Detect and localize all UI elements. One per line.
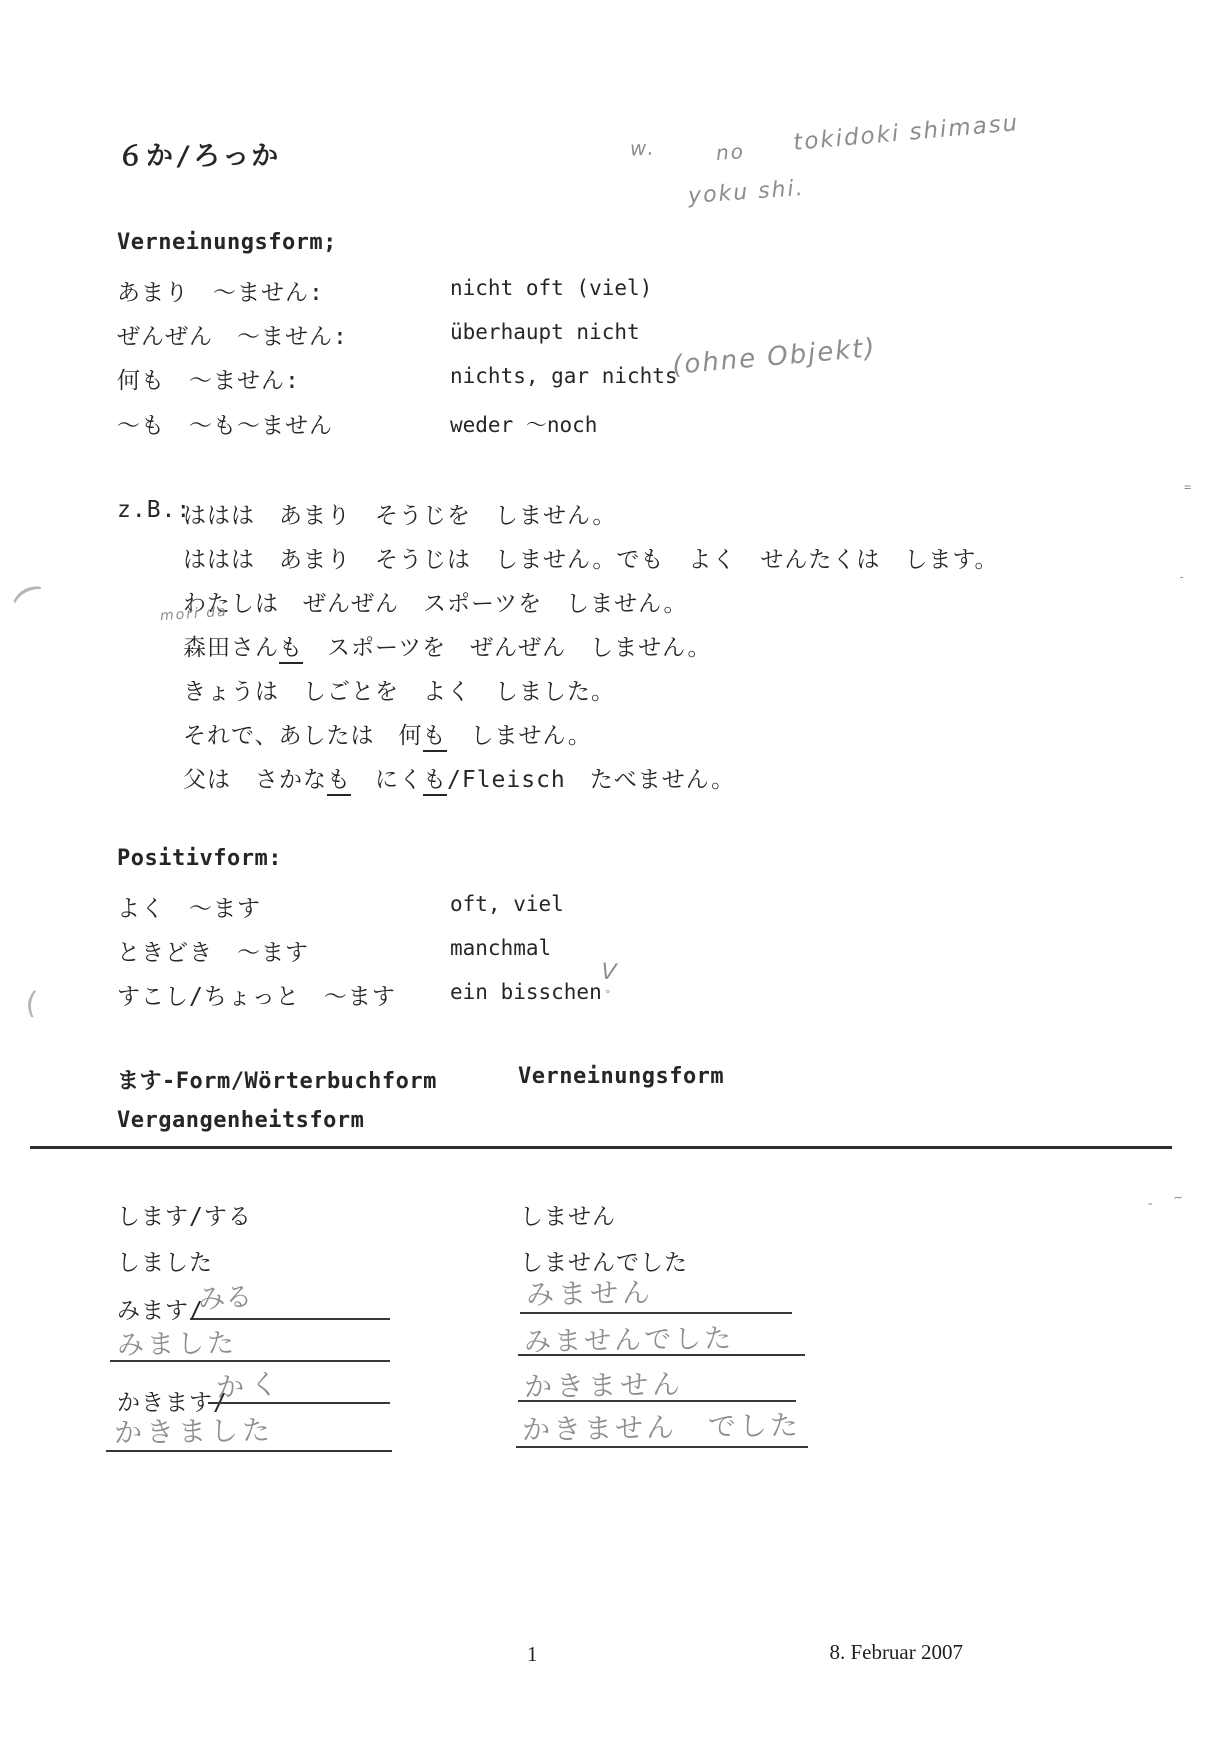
example-segment-underlined: も <box>327 767 351 796</box>
example-segment: /Fleisch たべません。 <box>447 767 735 793</box>
negation-row-jp: ～も ～も～ません <box>117 407 333 440</box>
example-line: わたしは ぜんぜん スポーツを しません。 <box>183 585 687 618</box>
negation-row-jp: あまり ～ません: <box>117 274 324 307</box>
handwritten-answer: みる <box>197 1275 253 1317</box>
example-segment: 森田さん <box>183 635 279 661</box>
horizontal-rule <box>30 1146 1172 1149</box>
answer-blank-line <box>208 1402 390 1404</box>
example-segment: にく <box>351 767 423 793</box>
negation-heading: Verneinungsform; <box>117 230 337 255</box>
pencil-note-no: no <box>715 139 746 165</box>
example-segment-underlined: も <box>279 635 303 664</box>
negation-row-jp: ぜんぜん ～ません: <box>117 318 348 351</box>
negation-row-de: überhaupt nicht <box>450 320 640 344</box>
scan-mark-dash: = <box>1184 480 1191 494</box>
positive-row-de: manchmal <box>450 936 551 960</box>
examples-label: z.B.: <box>117 497 191 523</box>
positive-heading: Positivform: <box>117 846 282 871</box>
scan-mark-dash: - <box>1146 1196 1154 1212</box>
pencil-note-ohne-objekt: (ohne Objekt) <box>671 333 878 381</box>
positive-row-jp: すこし/ちょっと ～ます <box>117 978 396 1011</box>
answer-blank-line <box>518 1354 805 1356</box>
pencil-note-w: w. <box>629 135 656 160</box>
answer-blank-line <box>520 1312 792 1314</box>
conjugation-header-masu-form: ます-Form/Wörterbuchform <box>117 1064 437 1095</box>
positive-row-de: ein bisschen <box>450 980 602 1004</box>
answer-blank-line <box>106 1450 392 1452</box>
conjugation-right-print: しません <box>520 1198 616 1231</box>
pencil-check-mark-dot: ° <box>605 988 611 1001</box>
pencil-note-morita-reading: mori da <box>160 604 229 625</box>
conjugation-left-print: します/する <box>117 1198 252 1231</box>
footer-date: 8. Februar 2007 <box>735 1640 963 1665</box>
pencil-note-yoku: yoku shi. <box>687 176 805 209</box>
handwritten-answer: みませんでした <box>524 1316 735 1359</box>
page-title: ６か/ろっか <box>117 134 280 173</box>
example-segment-underlined: も <box>423 767 447 796</box>
scan-mark-dash: - <box>1178 570 1185 584</box>
pencil-check-mark: V <box>600 959 619 985</box>
conjugation-left-print: しました <box>117 1244 213 1277</box>
handwritten-answer: かきません <box>524 1363 685 1406</box>
scan-mark-paren: ( <box>4 574 49 611</box>
handwritten-answer: みません <box>526 1271 655 1313</box>
example-segment: それで、あしたは 何 <box>183 723 423 749</box>
negation-row-jp: 何も ～ません: <box>117 362 300 395</box>
negation-row-de: weder ～noch <box>450 409 597 439</box>
example-segment: 父は さかな <box>183 767 327 793</box>
negation-row-de: nicht oft (viel) <box>450 276 652 300</box>
handwritten-answer: かく <box>215 1362 286 1407</box>
conjugation-left-print: みます/ <box>117 1292 204 1325</box>
answer-blank-line <box>516 1446 808 1448</box>
answer-blank-line <box>518 1400 796 1402</box>
page-number: 1 <box>527 1642 538 1667</box>
example-line: ははは あまり そうじは しません。でも よく せんたくは します。 <box>183 541 999 574</box>
positive-row-de: oft, viel <box>450 892 564 916</box>
handwritten-answer: みました <box>117 1321 238 1362</box>
scan-mark-dash: ~ <box>1173 1189 1184 1206</box>
example-segment: スポーツを ぜんぜん しません。 <box>303 635 711 661</box>
example-line: 森田さんも スポーツを ぜんぜん しません。 <box>183 629 711 662</box>
pencil-note-tokidoki: tokidoki shimasu <box>792 110 1020 156</box>
example-line: ははは あまり そうじを しません。 <box>183 497 616 530</box>
answer-blank-line <box>190 1318 390 1320</box>
negation-row-de: nichts, gar nichts <box>450 364 678 388</box>
scanned-worksheet-page: ６か/ろっか w. no tokidoki shimasu yoku shi. … <box>0 0 1232 1744</box>
example-line: それで、あしたは 何も しません。 <box>183 717 592 750</box>
conjugation-header-past: Vergangenheitsform <box>117 1108 364 1133</box>
example-line: 父は さかなも にくも/Fleisch たべません。 <box>183 761 735 794</box>
answer-blank-line <box>110 1360 390 1362</box>
scan-mark-paren: ( <box>20 985 42 1022</box>
conjugation-header-negation: Verneinungsform <box>518 1064 724 1089</box>
example-segment-underlined: も <box>423 723 447 752</box>
example-segment: しません。 <box>447 723 592 749</box>
handwritten-answer: かきました <box>114 1409 275 1452</box>
positive-row-jp: よく ～ます <box>117 890 261 923</box>
positive-row-jp: ときどき ～ます <box>117 934 309 967</box>
handwritten-answer: かきません でした <box>522 1404 802 1449</box>
example-line: きょうは しごとを よく しました。 <box>183 673 615 706</box>
